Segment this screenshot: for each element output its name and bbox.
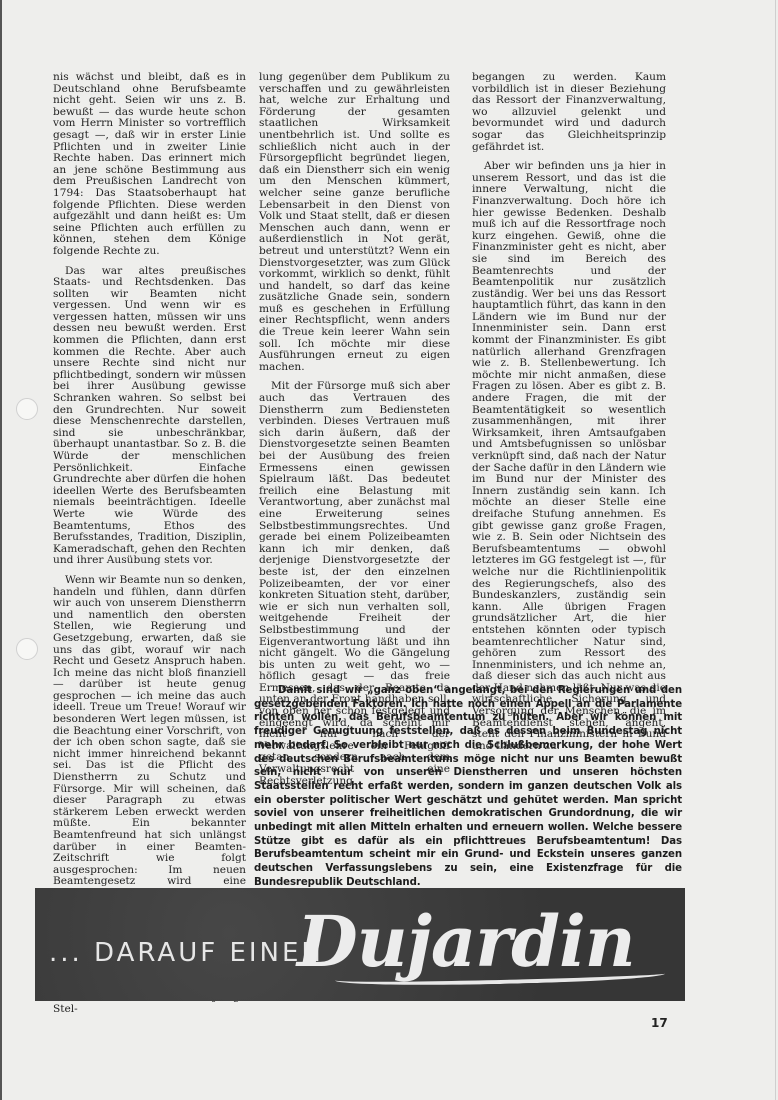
punch-hole-top	[16, 398, 38, 420]
paragraph: nis wächst und bleibt, daß es in Deutsch…	[53, 72, 246, 258]
punch-hole-bottom	[16, 638, 38, 660]
advertisement-banner: ... DARAUF EINEN Dujardin	[35, 888, 685, 1001]
article-column-3: begangen zu werden. Kaum vorbildlich ist…	[472, 72, 666, 760]
ad-lead-text: ... DARAUF EINEN	[49, 938, 324, 968]
article-column-1: nis wächst und bleibt, daß es in Deutsch…	[53, 72, 246, 1024]
closing-paragraph: Damit sind wir „ganz oben“ angelangt, be…	[254, 684, 682, 890]
paragraph: Aber wir befinden uns ja hier in unserem…	[472, 161, 666, 752]
paragraph: Das war altes preußisches Staats- und Re…	[53, 266, 246, 567]
paragraph: lung gegenüber dem Publikum zu verschaff…	[259, 72, 450, 373]
paragraph: begangen zu werden. Kaum vorbildlich ist…	[472, 72, 666, 153]
page-edge	[0, 0, 2, 1100]
page-number: 17	[651, 1016, 668, 1030]
page-edge-right	[775, 0, 776, 1100]
